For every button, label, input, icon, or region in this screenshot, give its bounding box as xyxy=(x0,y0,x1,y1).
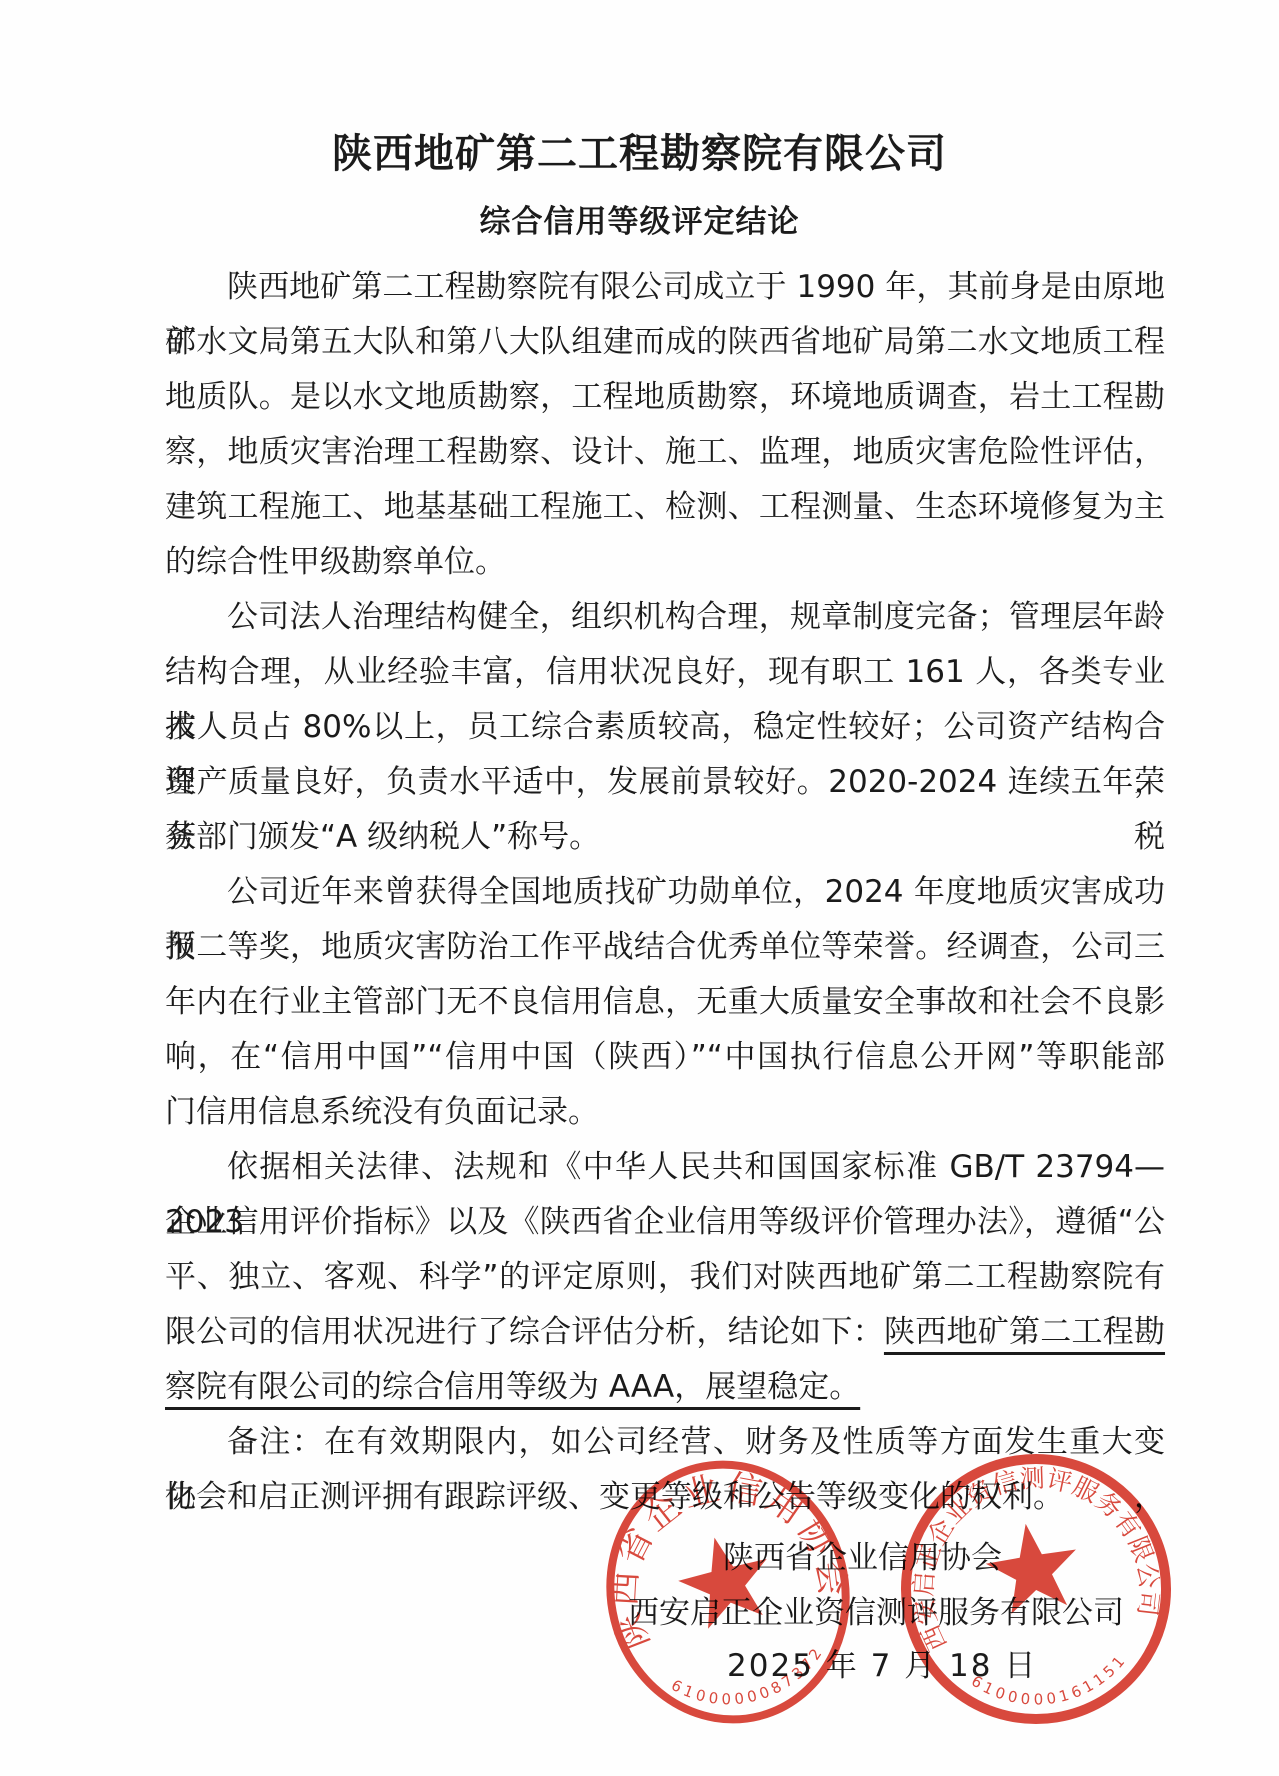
body-line: 限公司的信用状况进行了综合评估分析，结论如下：陕西地矿第二工程勘 xyxy=(165,1305,1165,1360)
body-line: 平、独立、客观、科学”的评定原则，我们对陕西地矿第二工程勘察院有 xyxy=(165,1250,1165,1305)
body-text: 察，地质灾害治理工程勘察、设计、施工、监理，地质灾害危险性评估， xyxy=(165,434,1165,470)
conclusion-underlined-text: 察院有限公司的综合信用等级为 AAA，展望稳定。 xyxy=(165,1369,860,1405)
body-text: 务部门颁发“A 级纳税人”称号。 xyxy=(165,819,600,855)
body-line: 资产质量良好，负责水平适中，发展前景较好。2020-2024 连续五年荣获税 xyxy=(165,755,1165,810)
star-icon xyxy=(670,1527,779,1633)
body-line: 门信用信息系统没有负面记录。 xyxy=(165,1085,1165,1140)
body-text: 部水文局第五大队和第八大队组建而成的陕西省地矿局第二水文地质工程 xyxy=(165,324,1165,360)
document-page: 陕西地矿第二工程勘察院有限公司 综合信用等级评定结论 陕西地矿第二工程勘察院有限… xyxy=(0,0,1279,1776)
body-line: 依据相关法律、法规和《中华人民共和国国家标准 GB/T 23794—2023 xyxy=(165,1140,1165,1195)
body-text: 平、独立、客观、科学”的评定原则，我们对陕西地矿第二工程勘察院有 xyxy=(165,1259,1165,1295)
body-line: 的综合性甲级勘察单位。 xyxy=(165,535,1165,590)
rating-company-official-seal: 西安启正企业资信测评服务有限公司 6100000161151 xyxy=(864,1417,1207,1760)
body-text: 限公司的信用状况进行了综合评估分析，结论如下： xyxy=(165,1314,884,1350)
body-line: 察院有限公司的综合信用等级为 AAA，展望稳定。 xyxy=(165,1360,1165,1415)
body-text: 报二等奖，地质灾害防治工作平战结合优秀单位等荣誉。经调查，公司三 xyxy=(165,929,1165,965)
body-line: 结构合理，从业经验丰富，信用状况良好，现有职工 161 人，各类专业技 xyxy=(165,645,1165,700)
body-line: 公司近年来曾获得全国地质找矿功勋单位，2024 年度地质灾害成功预 xyxy=(165,865,1165,920)
body-line: 年内在行业主管部门无不良信用信息，无重大质量安全事故和社会不良影 xyxy=(165,975,1165,1030)
body-line: 建筑工程施工、地基基础工程施工、检测、工程测量、生态环境修复为主 xyxy=(165,480,1165,535)
body-line: 地质队。是以水文地质勘察，工程地质勘察，环境地质调查，岩土工程勘 xyxy=(165,370,1165,425)
body-text: 企业信用评价指标》以及《陕西省企业信用等级评价管理办法》，遵循“公 xyxy=(165,1204,1165,1240)
body-line: 陕西地矿第二工程勘察院有限公司成立于 1990 年，其前身是由原地矿 xyxy=(165,260,1165,315)
body-text: 公司法人治理结构健全，组织机构合理，规章制度完备；管理层年龄 xyxy=(227,599,1165,635)
document-body: 陕西地矿第二工程勘察院有限公司成立于 1990 年，其前身是由原地矿部水文局第五… xyxy=(165,260,1165,1525)
body-line: 企业信用评价指标》以及《陕西省企业信用等级评价管理办法》，遵循“公 xyxy=(165,1195,1165,1250)
body-line: 响，在“信用中国”“信用中国（陕西）”“中国执行信息公开网”等职能部 xyxy=(165,1030,1165,1085)
body-line: 公司法人治理结构健全，组织机构合理，规章制度完备；管理层年龄 xyxy=(165,590,1165,645)
conclusion-underlined-text: 陕西地矿第二工程勘 xyxy=(884,1314,1165,1350)
body-text: 响，在“信用中国”“信用中国（陕西）”“中国执行信息公开网”等职能部 xyxy=(165,1039,1165,1075)
body-line: 报二等奖，地质灾害防治工作平战结合优秀单位等荣誉。经调查，公司三 xyxy=(165,920,1165,975)
body-text: 门信用信息系统没有负面记录。 xyxy=(165,1094,599,1130)
body-line: 部水文局第五大队和第八大队组建而成的陕西省地矿局第二水文地质工程 xyxy=(165,315,1165,370)
body-text: 地质队。是以水文地质勘察，工程地质勘察，环境地质调查，岩土工程勘 xyxy=(165,379,1165,415)
body-text: 年内在行业主管部门无不良信用信息，无重大质量安全事故和社会不良影 xyxy=(165,984,1165,1020)
document-subtitle: 综合信用等级评定结论 xyxy=(0,200,1279,244)
body-text: 的综合性甲级勘察单位。 xyxy=(165,544,506,580)
star-icon xyxy=(981,1517,1085,1617)
document-title: 陕西地矿第二工程勘察院有限公司 xyxy=(0,130,1279,178)
body-line: 察，地质灾害治理工程勘察、设计、施工、监理，地质灾害危险性评估， xyxy=(165,425,1165,480)
body-text: 建筑工程施工、地基基础工程施工、检测、工程测量、生态环境修复为主 xyxy=(165,489,1165,525)
body-line: 术人员占 80%以上，员工综合素质较高，稳定性较好；公司资产结构合理， xyxy=(165,700,1165,755)
